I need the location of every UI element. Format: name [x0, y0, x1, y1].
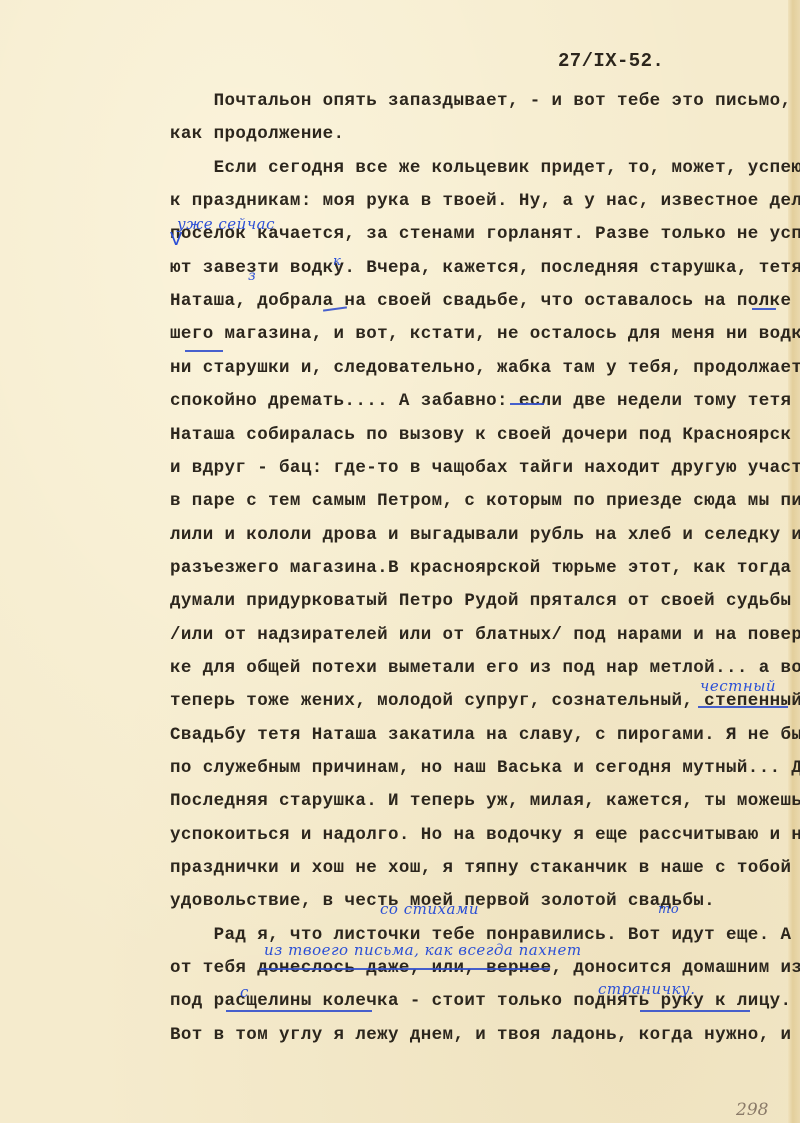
strikethrough-shego: [185, 350, 223, 352]
annotation-z: з: [248, 268, 256, 284]
typed-line: лили и кололи дрова и выгадывали рубль н…: [170, 525, 800, 545]
typed-line: Наташа собиралась по вызову к своей доче…: [170, 425, 791, 445]
annotation-so-stikhami: со стихами: [380, 900, 479, 918]
strikethrough-na-2: [752, 308, 776, 310]
typed-line: Почтальон опять запаздывает, - и вот теб…: [170, 91, 791, 111]
annotation-chestnyi: честный: [700, 677, 776, 695]
typed-line: под расщелины колечка - стоит только под…: [170, 991, 791, 1011]
typed-line: к праздникам: моя рука в твоей. Ну, а у …: [170, 191, 800, 211]
typed-line: Вот в том углу я лежу днем, и твоя ладон…: [170, 1025, 791, 1045]
typed-line: Если сегодня все же кольцевик придет, то…: [170, 158, 800, 178]
annotation-uzhe-seichas: уже сейчас: [177, 215, 275, 233]
typed-line: успокоиться и надолго. Но на водочку я е…: [170, 825, 800, 845]
annotation-iz-tvoego-pisma: из твоего письма, как всегда пахнет: [264, 941, 582, 959]
strikethrough-rasshcheliny: [226, 1010, 372, 1012]
annotation-stranichku: страничку.: [598, 980, 695, 998]
letter-date: 27/IX-52.: [558, 50, 664, 72]
document-page: 27/IX-52. Почтальон опять запаздывает, -…: [0, 0, 800, 1123]
typed-line: /или от надзирателей или от блатных/ под…: [170, 625, 800, 645]
typed-line: празднички и хош не хош, я тяпну стаканч…: [170, 858, 791, 878]
strikethrough-stepennyi: [698, 706, 788, 708]
archive-page-number: 298: [736, 1100, 768, 1120]
typed-line: Свадьбу тетя Наташа закатила на славу, с…: [170, 725, 800, 745]
typed-line: ни старушки и, следовательно, жабка там …: [170, 358, 800, 378]
typed-line: как продолжение.: [170, 124, 344, 144]
annotation-k: к: [333, 254, 341, 269]
annotation-to: то: [658, 902, 679, 917]
strikethrough-esli: [510, 403, 544, 405]
insert-caret-mark: V: [170, 229, 182, 250]
typed-line: спокойно дремать.... А забавно: если две…: [170, 391, 791, 411]
strikethrough-doneslos: [260, 968, 550, 970]
typed-line: по служебным причинам, но наш Васька и с…: [170, 758, 800, 778]
typed-line: Последняя старушка. И теперь уж, милая, …: [170, 791, 800, 811]
typed-line: в паре с тем самым Петром, с которым по …: [170, 491, 800, 511]
typed-line: ке для общей потехи выметали его из под …: [170, 658, 800, 678]
typed-line: и вдруг - бац: где-то в чащобах тайги на…: [170, 458, 800, 478]
typed-line: шего магазина, и вот, кстати, не осталос…: [170, 324, 800, 344]
typed-line: думали придурковатый Петро Рудой пряталс…: [170, 591, 791, 611]
strikethrough-ruku-k-litsu: [640, 1010, 750, 1012]
annotation-s: с: [240, 983, 249, 1001]
typed-line: разъезжего магазина.В красноярской тюрьм…: [170, 558, 791, 578]
typed-line: Наташа, добрала на своей свадьбе, что ос…: [170, 291, 800, 311]
typed-line: ют завезти водку. Вчера, кажется, послед…: [170, 258, 800, 278]
